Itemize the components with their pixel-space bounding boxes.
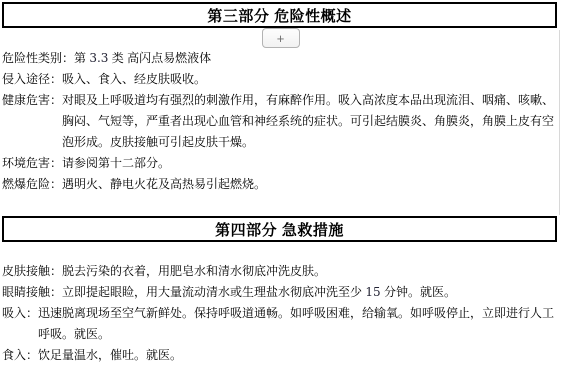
right-edge-divider xyxy=(559,30,560,215)
environment-hazard-label: 环境危害： xyxy=(2,153,62,174)
ingestion-row: 食入： 饮足量温水，催吐。就医。 xyxy=(2,345,557,366)
skin-contact-value: 脱去污染的衣着，用肥皂水和清水彻底冲洗皮肤。 xyxy=(62,261,557,282)
section3-header: 第三部分 危险性概述 xyxy=(2,2,557,28)
environment-hazard-value: 请参阅第十二部分。 xyxy=(62,153,557,174)
msds-document-page: 第三部分 危险性概述 + 危险性类别： 第 3.3 类 高闪点易燃液体 侵入途径… xyxy=(0,0,561,374)
eye-contact-label: 眼睛接触： xyxy=(2,282,62,303)
eye-contact-value: 立即提起眼睑，用大量流动清水或生理盐水彻底冲洗至少 15 分钟。就医。 xyxy=(62,282,557,303)
plus-icon: + xyxy=(277,32,285,45)
explosion-hazard-row: 燃爆危险： 遇明火、静电火花及高热易引起燃烧。 xyxy=(2,174,557,195)
hazard-class-number: 3.3 xyxy=(89,51,108,65)
health-hazard-value: 对眼及上呼吸道均有强烈的刺激作用，有麻醉作用。吸入高浓度本品出现流泪、咽痛、咳嗽… xyxy=(62,90,557,153)
section4-header: 第四部分 急救措施 xyxy=(2,216,557,242)
eye-contact-seg1: 立即提起眼睑，用大量流动清水或生理盐水彻底冲洗至少 xyxy=(62,285,365,299)
minutes-number: 15 xyxy=(365,285,380,299)
skin-contact-row: 皮肤接触： 脱去污染的衣着，用肥皂水和清水彻底冲洗皮肤。 xyxy=(2,261,557,282)
section4-title: 第四部分 急救措施 xyxy=(215,219,344,240)
health-hazard-label: 健康危害： xyxy=(2,90,62,153)
health-hazard-row: 健康危害： 对眼及上呼吸道均有强烈的刺激作用，有麻醉作用。吸入高浓度本品出现流泪… xyxy=(2,90,557,153)
entry-route-label: 侵入途径： xyxy=(2,69,62,90)
ingestion-value: 饮足量温水，催吐。就医。 xyxy=(38,345,557,366)
hazard-class-seg2: 类 高闪点易燃液体 xyxy=(108,51,211,65)
entry-route-value: 吸入、食入、经皮肤吸收。 xyxy=(62,69,557,90)
inhalation-label: 吸入： xyxy=(2,303,38,345)
section3-title: 第三部分 危险性概述 xyxy=(207,5,351,26)
inhalation-value: 迅速脱离现场至空气新鲜处。保持呼吸道通畅。如呼吸困难，给输氧。如呼吸停止，立即进… xyxy=(38,303,557,345)
inhalation-row: 吸入： 迅速脱离现场至空气新鲜处。保持呼吸道通畅。如呼吸困难，给输氧。如呼吸停止… xyxy=(2,303,557,345)
explosion-hazard-label: 燃爆危险： xyxy=(2,174,62,195)
eye-contact-seg2: 分钟。就医。 xyxy=(381,285,456,299)
skin-contact-label: 皮肤接触： xyxy=(2,261,62,282)
hazard-class-row: 危险性类别： 第 3.3 类 高闪点易燃液体 xyxy=(2,48,557,69)
ingestion-label: 食入： xyxy=(2,345,38,366)
section4-body: 皮肤接触： 脱去污染的衣着，用肥皂水和清水彻底冲洗皮肤。 眼睛接触： 立即提起眼… xyxy=(2,261,557,366)
explosion-hazard-value: 遇明火、静电火花及高热易引起燃烧。 xyxy=(62,174,557,195)
entry-route-row: 侵入途径： 吸入、食入、经皮肤吸收。 xyxy=(2,69,557,90)
hazard-class-value: 第 3.3 类 高闪点易燃液体 xyxy=(74,48,557,69)
hazard-class-seg1: 第 xyxy=(74,51,89,65)
environment-hazard-row: 环境危害： 请参阅第十二部分。 xyxy=(2,153,557,174)
add-row-button[interactable]: + xyxy=(262,28,300,48)
eye-contact-row: 眼睛接触： 立即提起眼睑，用大量流动清水或生理盐水彻底冲洗至少 15 分钟。就医… xyxy=(2,282,557,303)
section3-body: 危险性类别： 第 3.3 类 高闪点易燃液体 侵入途径： 吸入、食入、经皮肤吸收… xyxy=(2,48,557,195)
hazard-class-label: 危险性类别： xyxy=(2,48,74,69)
